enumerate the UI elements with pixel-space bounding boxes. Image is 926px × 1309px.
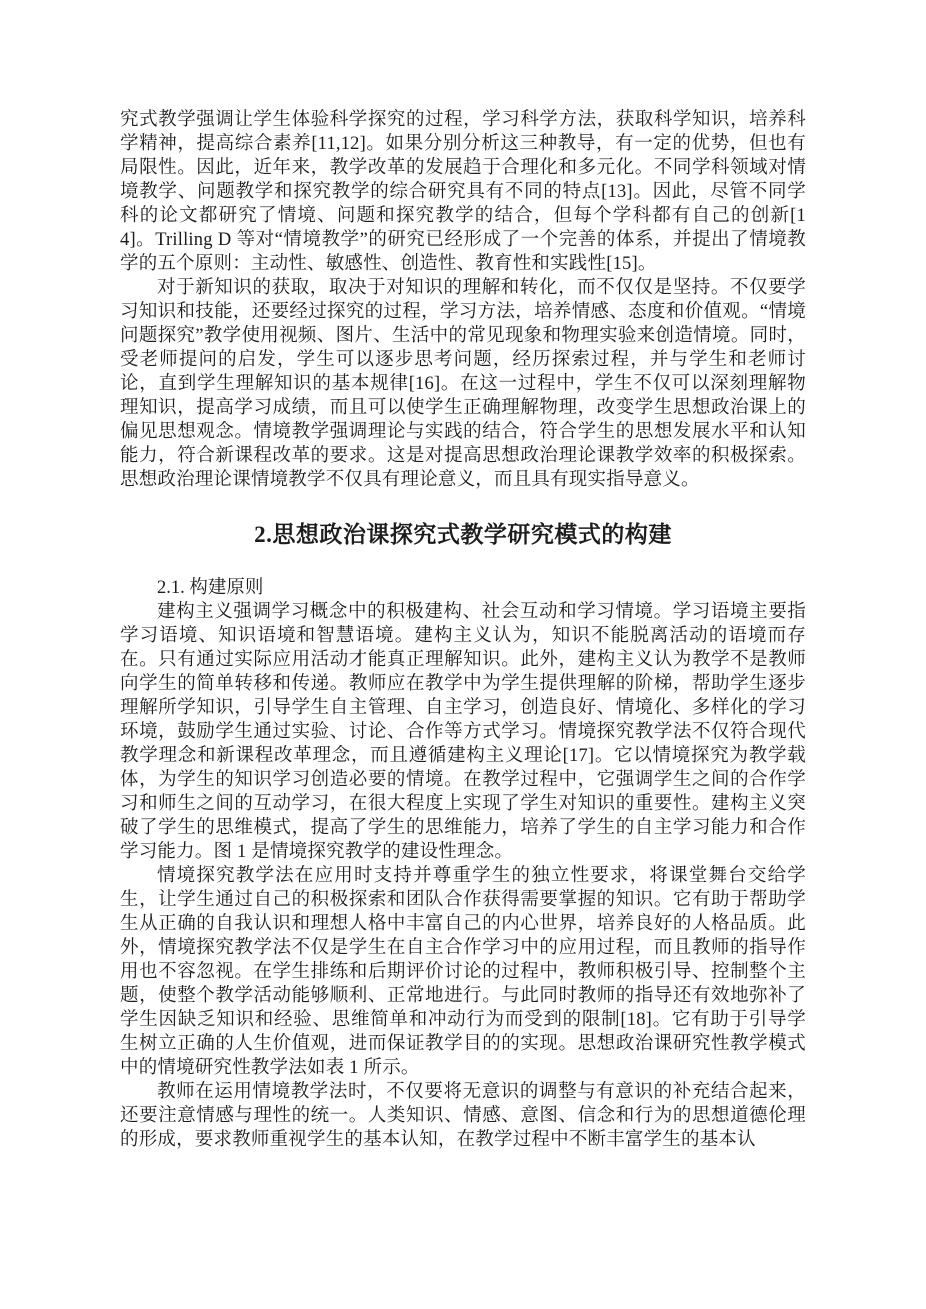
body-paragraph: 教师在运用情境教学法时，不仅要将无意识的调整与有意识的补充结合起来，还要注意情感…: [120, 1080, 806, 1152]
subsection-heading: 2.1. 构建原则: [120, 576, 806, 600]
paper-page: 究式教学强调让学生体验科学探究的过程，学习科学方法，获取科学知识，培养科学精神，…: [0, 0, 926, 1309]
body-paragraph: 建构主义强调学习概念中的积极建构、社会互动和学习情境。学习语境主要指学习语境、知…: [120, 600, 806, 864]
body-paragraph-continued: 究式教学强调让学生体验科学探究的过程，学习科学方法，获取科学知识，培养科学精神，…: [120, 108, 806, 276]
section-heading: 2.思想政治课探究式教学研究模式的构建: [120, 520, 806, 550]
body-paragraph: 情境探究教学法在应用时支持并尊重学生的独立性要求，将课堂舞台交给学生，让学生通过…: [120, 864, 806, 1080]
body-paragraph: 对于新知识的获取，取决于对知识的理解和转化，而不仅仅是坚持。不仅要学习知识和技能…: [120, 276, 806, 492]
text-block: 究式教学强调让学生体验科学探究的过程，学习科学方法，获取科学知识，培养科学精神，…: [120, 108, 806, 1152]
